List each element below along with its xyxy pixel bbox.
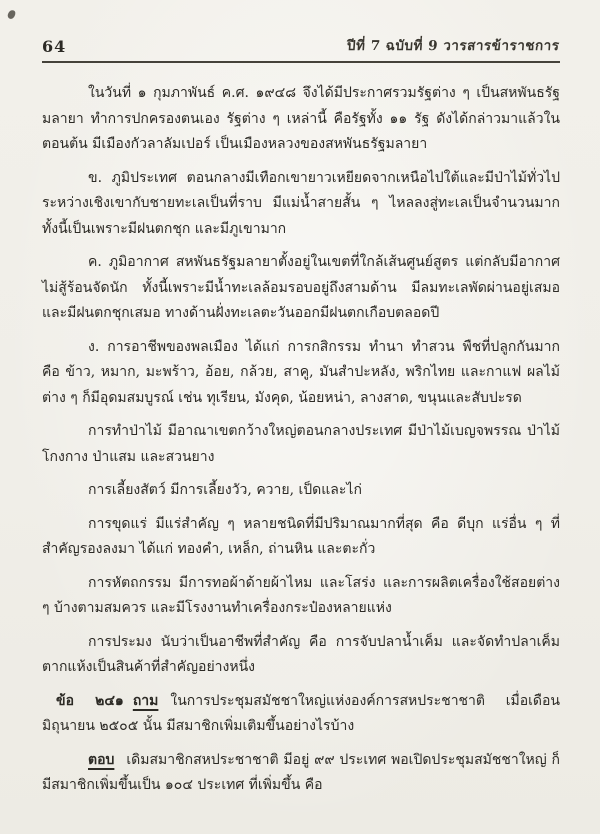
paragraph-text: การขุดแร่ มีแร่สำคัญ ๆ หลายชนิดที่มีปริม… — [42, 516, 560, 558]
body-text: ในวันที่ ๑ กุมภาพันธ์ ค.ศ. ๑๙๔๘ จึงได้มี… — [42, 73, 560, 799]
paragraph-mining: การขุดแร่ มีแร่สำคัญ ๆ หลายชนิดที่มีปริม… — [42, 504, 560, 563]
paragraph-geography: ข. ภูมิประเทศ ตอนกลางมีเทือกเขายาวเหยียด… — [42, 158, 560, 243]
answer-label: ตอบ — [88, 752, 114, 768]
page-number: 64 — [42, 37, 66, 56]
paragraph-text: เดิมสมาชิกสหประชาชาติ มีอยู่ ๙๙ ประเทศ พ… — [42, 752, 560, 794]
paragraph-climate: ค. ภูมิอากาศ สหพันธรัฐมลายาตั้งอยู่ในเขต… — [42, 242, 560, 327]
paragraph-question-241: ข้อ ๒๔๑ถามในการประชุมสมัชชาใหญ่แห่งองค์ก… — [42, 681, 560, 740]
page-header: 64 ปีที่ 7 ฉบับที่ 9 วารสารข้าราชการ — [42, 34, 560, 63]
paragraph-livestock: การเลี้ยงสัตว์ มีการเลี้ยงวัว, ควาย, เป็… — [42, 470, 560, 504]
paragraph-text: ค. ภูมิอากาศ สหพันธรัฐมลายาตั้งอยู่ในเขต… — [42, 254, 560, 321]
paragraph-text: การทำป่าไม้ มีอาณาเขตกว้างใหญ่ตอนกลางประ… — [42, 423, 560, 465]
paragraph-handicraft: การหัตถกรรม มีการทอผ้าด้ายผ้าไหม และโสร่… — [42, 563, 560, 622]
question-number: ข้อ ๒๔๑ — [56, 693, 124, 709]
journal-title: ปีที่ 7 ฉบับที่ 9 วารสารข้าราชการ — [347, 34, 561, 56]
paragraph-text: ในวันที่ ๑ กุมภาพันธ์ ค.ศ. ๑๙๔๘ จึงได้มี… — [42, 85, 560, 152]
paragraph-fishery: การประมง นับว่าเป็นอาชีพที่สำคัญ คือ การ… — [42, 622, 560, 681]
paragraph-text: ข. ภูมิประเทศ ตอนกลางมีเทือกเขายาวเหยียด… — [42, 170, 560, 237]
paragraph-occupations: ง. การอาชีพของพลเมือง ได้แก่ การกสิกรรม … — [42, 327, 560, 412]
scan-artifact-speck — [7, 9, 16, 20]
paragraph-answer-241: ตอบเดิมสมาชิกสหประชาชาติ มีอยู่ ๙๙ ประเท… — [42, 740, 560, 799]
paragraph-text: การประมง นับว่าเป็นอาชีพที่สำคัญ คือ การ… — [42, 634, 560, 676]
paragraph-malaya-federation: ในวันที่ ๑ กุมภาพันธ์ ค.ศ. ๑๙๔๘ จึงได้มี… — [42, 73, 560, 158]
paragraph-forestry: การทำป่าไม้ มีอาณาเขตกว้างใหญ่ตอนกลางประ… — [42, 411, 560, 470]
question-label: ถาม — [133, 693, 159, 709]
scanned-document-page: 64 ปีที่ 7 ฉบับที่ 9 วารสารข้าราชการ ในว… — [0, 0, 600, 834]
paragraph-text: การเลี้ยงสัตว์ มีการเลี้ยงวัว, ควาย, เป็… — [88, 482, 362, 498]
paragraph-text: ง. การอาชีพของพลเมือง ได้แก่ การกสิกรรม … — [42, 339, 560, 406]
paragraph-text: การหัตถกรรม มีการทอผ้าด้ายผ้าไหม และโสร่… — [42, 575, 560, 617]
